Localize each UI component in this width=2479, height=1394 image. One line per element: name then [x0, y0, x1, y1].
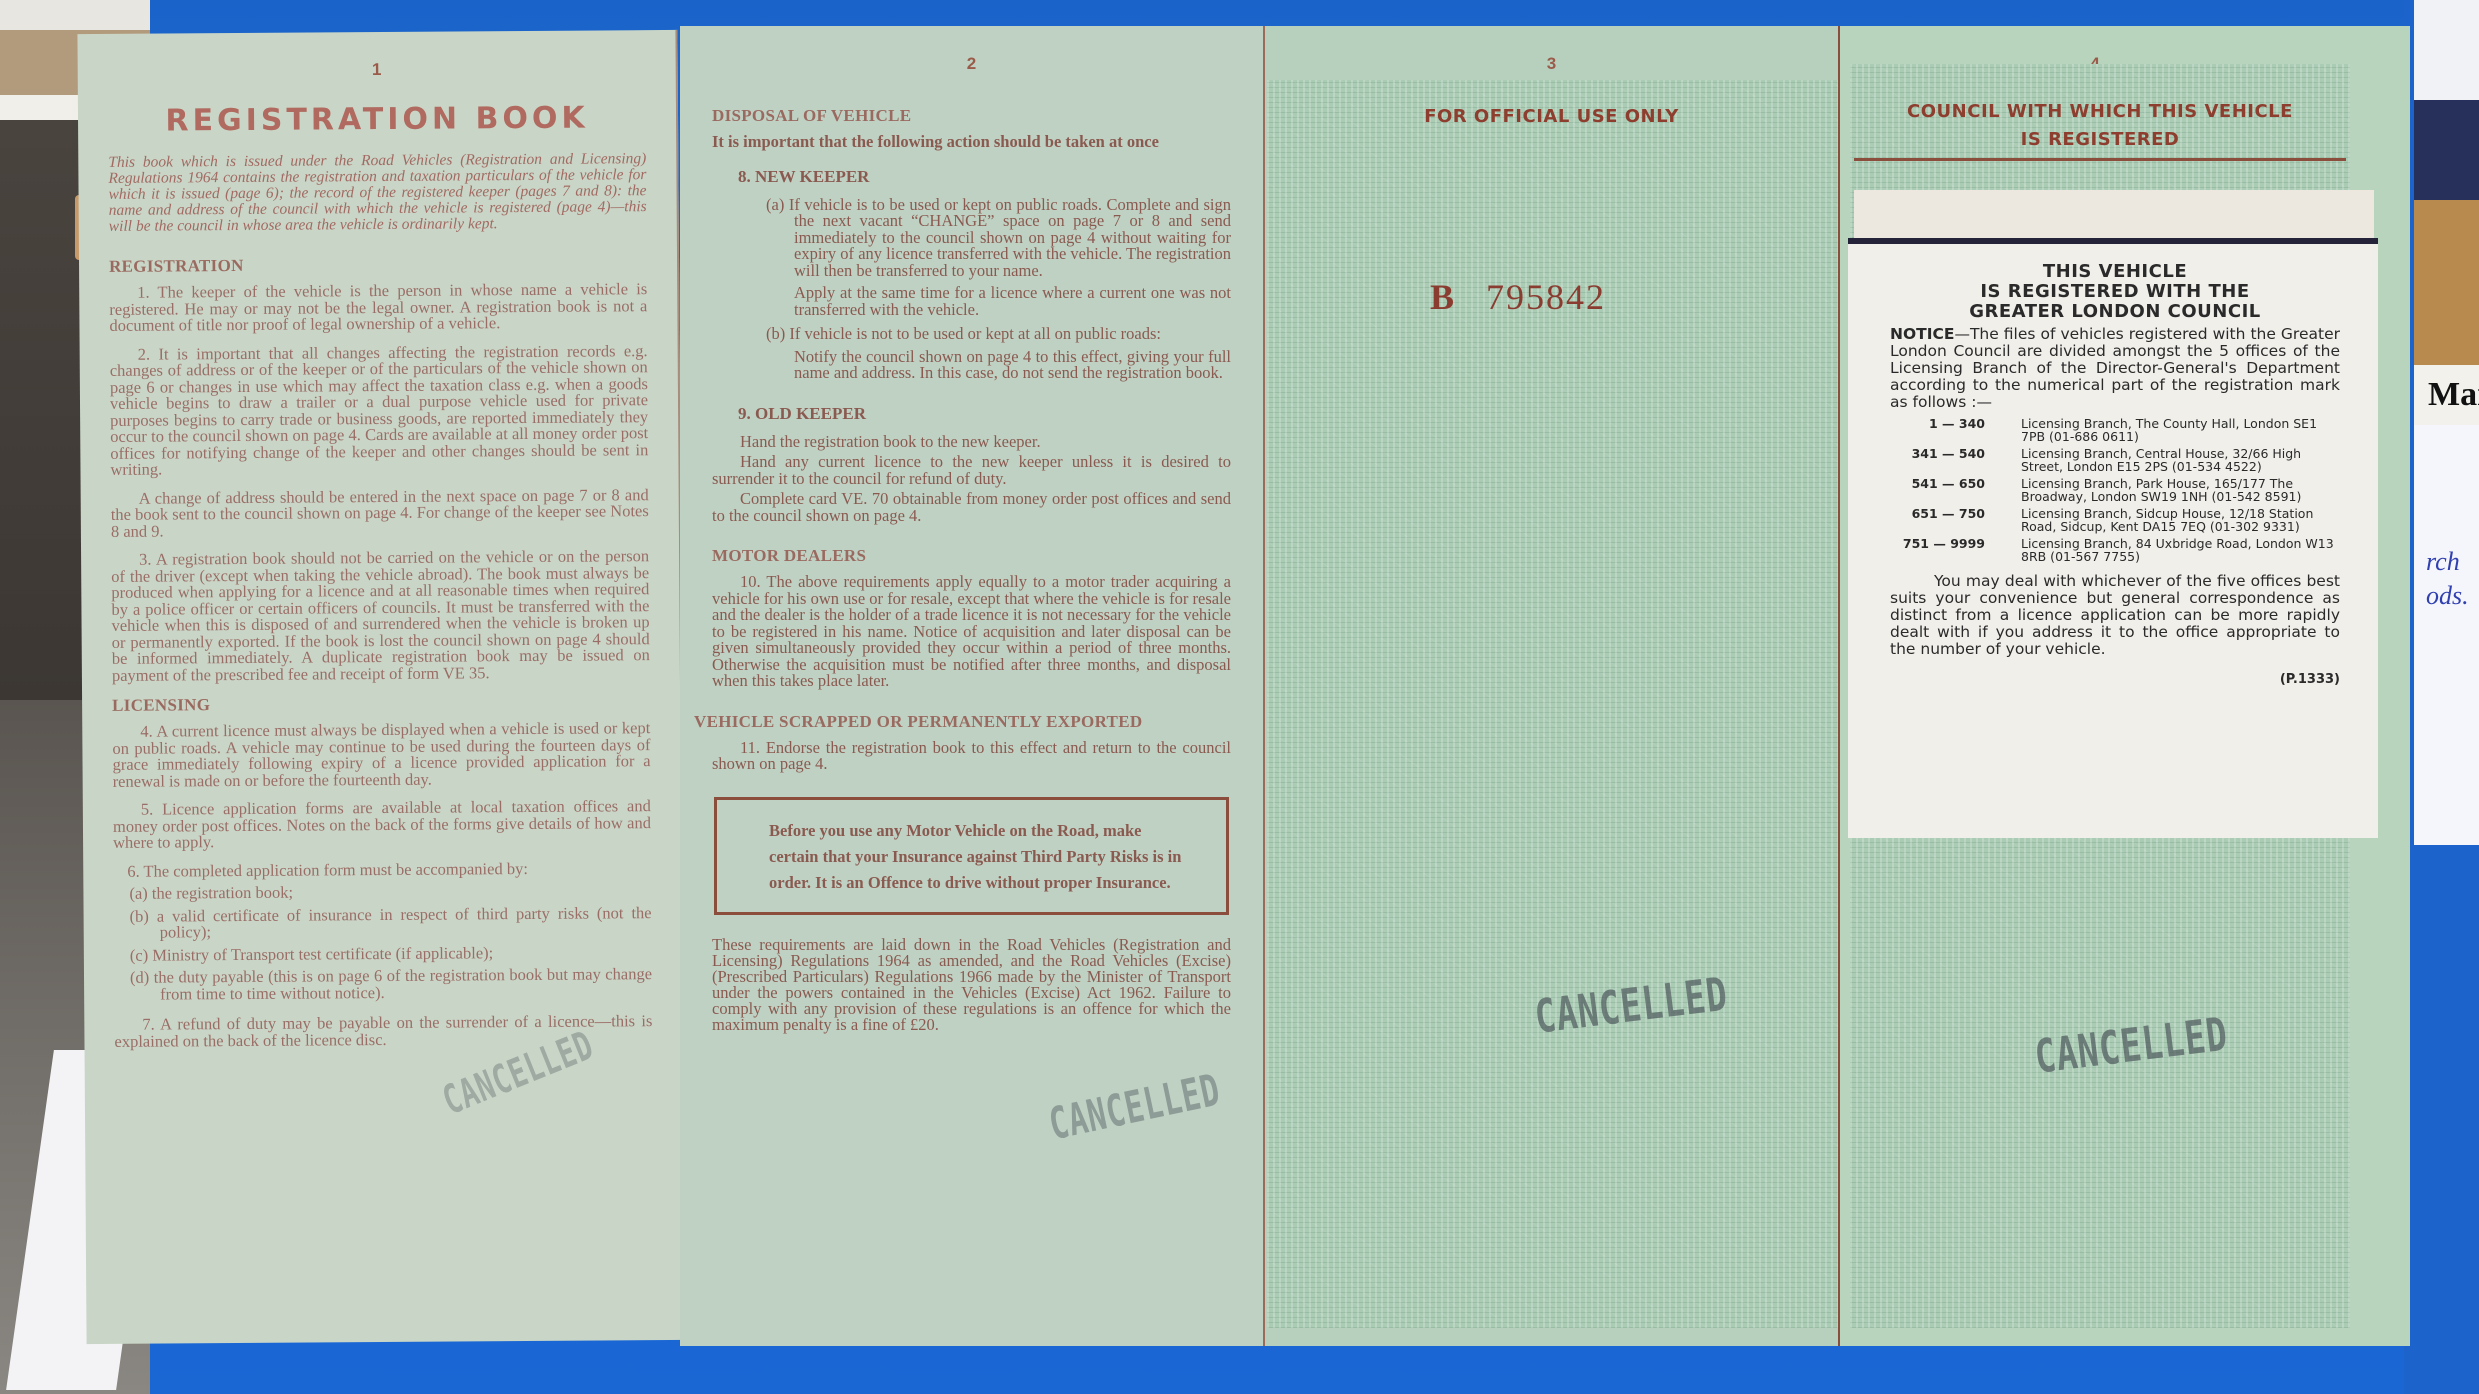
document-title: REGISTRATION BOOK [108, 100, 646, 139]
note-6-item: (a) the registration book; [113, 882, 651, 902]
disposal-lead: It is important that the following actio… [712, 134, 1231, 151]
legal-footnote: These requirements are laid down in the … [712, 937, 1231, 1033]
slip-title-line3: GREATER LONDON COUNCIL [1890, 302, 2340, 322]
notice-text: —The files of vehicles registered with t… [1890, 325, 2340, 411]
slip-title: THIS VEHICLE IS REGISTERED WITH THE GREA… [1890, 262, 2340, 322]
page-4: 4 COUNCIL WITH WHICH THIS VEHICLE IS REG… [1840, 26, 2410, 1346]
section-heading-registration: REGISTRATION [109, 253, 647, 277]
old-keeper-1: Hand the registration book to the new ke… [712, 434, 1231, 451]
note-6-item: (c) Ministry of Transport test certifica… [114, 944, 652, 964]
serial-letter: B [1430, 277, 1456, 317]
background-paper-right [2414, 0, 2479, 100]
page-number: 3 [1265, 54, 1838, 74]
office-address: Licensing Branch, Central House, 32/66 H… [2021, 447, 2340, 473]
background-handwritten-note: rch ods. [2414, 425, 2479, 845]
new-keeper-b: (b) If vehicle is not to be used or kept… [712, 326, 1231, 343]
note-1: 1. The keeper of the vehicle is the pers… [109, 281, 647, 334]
section-heading-scrapped: VEHICLE SCRAPPED OR PERMANENTLY EXPORTED [694, 712, 1231, 732]
office-range: 541 — 650 [1890, 477, 2021, 503]
background-wood [2414, 200, 2479, 365]
office-range: 341 — 540 [1890, 447, 2021, 473]
section-heading-old-keeper: 9. OLD KEEPER [738, 404, 1231, 424]
office-row: 541 — 650Licensing Branch, Park House, 1… [1890, 477, 2340, 503]
office-address: Licensing Branch, Sidcup House, 12/18 St… [2021, 507, 2340, 533]
serial-digits: 795842 [1486, 277, 1606, 317]
notice-label: NOTICE [1890, 325, 1954, 343]
registration-booklet: 1 REGISTRATION BOOK This book which is i… [82, 26, 2412, 1346]
slip-title-line1: THIS VEHICLE [1890, 262, 2340, 282]
page-2: 2 DISPOSAL OF VEHICLE It is important th… [680, 26, 1265, 1346]
office-row: 341 — 540Licensing Branch, Central House… [1890, 447, 2340, 473]
office-address: Licensing Branch, Park House, 165/177 Th… [2021, 477, 2340, 503]
note-6-item: (d) the duty payable (this is on page 6 … [114, 966, 652, 1003]
office-address: Licensing Branch, The County Hall, Londo… [2021, 417, 2340, 443]
note-5: 5. Licence application forms are availab… [113, 798, 651, 851]
council-heading: COUNCIL WITH WHICH THIS VEHICLE IS REGIS… [1854, 98, 2346, 161]
note-3: 3. A registration book should not be car… [111, 548, 650, 684]
page-1: 1 REGISTRATION BOOK This book which is i… [77, 30, 686, 1344]
note-11: 11. Endorse the registration book to thi… [712, 740, 1231, 773]
intro-text: This book which is issued under the Road… [108, 151, 647, 235]
background-book-spine: Man [2414, 365, 2479, 425]
page-number: 1 [78, 58, 676, 82]
form-code: (P.1333) [1890, 672, 2340, 687]
office-row: 651 — 750Licensing Branch, Sidcup House,… [1890, 507, 2340, 533]
office-range: 651 — 750 [1890, 507, 2021, 533]
office-row: 751 — 9999Licensing Branch, 84 Uxbridge … [1890, 537, 2340, 563]
note-10: 10. The above requirements apply equally… [712, 574, 1231, 690]
note-6: 6. The completed application form must b… [113, 860, 651, 880]
new-keeper-a: (a) If vehicle is to be used or kept on … [712, 197, 1231, 280]
page-3: 3 FOR OFFICIAL USE ONLY B795842 [1265, 26, 1840, 1346]
security-pattern [1267, 80, 1838, 1328]
slip-title-line2: IS REGISTERED WITH THE [1890, 282, 2340, 302]
new-keeper-a2: Apply at the same time for a licence whe… [712, 285, 1231, 318]
office-range: 1 — 340 [1890, 417, 2021, 443]
office-row: 1 — 340Licensing Branch, The County Hall… [1890, 417, 2340, 443]
section-heading-new-keeper: 8. NEW KEEPER [738, 167, 1231, 187]
office-range: 751 — 9999 [1890, 537, 2021, 563]
section-heading-licensing: LICENSING [112, 692, 650, 716]
page-number: 2 [680, 54, 1263, 74]
new-keeper-b2: Notify the council shown on page 4 to th… [712, 349, 1231, 382]
note-4: 4. A current licence must always be disp… [112, 720, 650, 790]
serial-number: B795842 [1430, 276, 1606, 318]
council-heading-line1: COUNCIL WITH WHICH THIS VEHICLE [1854, 98, 2346, 126]
note-2b: A change of address should be entered in… [111, 487, 649, 540]
old-keeper-2: Hand any current licence to the new keep… [712, 454, 1231, 487]
office-address: Licensing Branch, 84 Uxbridge Road, Lond… [2021, 537, 2340, 563]
slip-notice: NOTICE—The files of vehicles registered … [1890, 326, 2340, 411]
slip-closing-text: You may deal with whichever of the five … [1890, 573, 2340, 658]
section-heading-disposal: DISPOSAL OF VEHICLE [712, 106, 1231, 126]
note-6-item: (b) a valid certificate of insurance in … [114, 905, 652, 942]
council-heading-line2: IS REGISTERED [1854, 126, 2346, 154]
insurance-warning-box: Before you use any Motor Vehicle on the … [714, 797, 1229, 915]
old-keeper-3: Complete card VE. 70 obtainable from mon… [712, 491, 1231, 524]
gla-notice-slip: THIS VEHICLE IS REGISTERED WITH THE GREA… [1848, 238, 2378, 838]
official-use-heading: FOR OFFICIAL USE ONLY [1265, 106, 1838, 127]
note-2: 2. It is important that all changes affe… [110, 343, 649, 479]
section-heading-motor-dealers: MOTOR DEALERS [712, 546, 1231, 566]
